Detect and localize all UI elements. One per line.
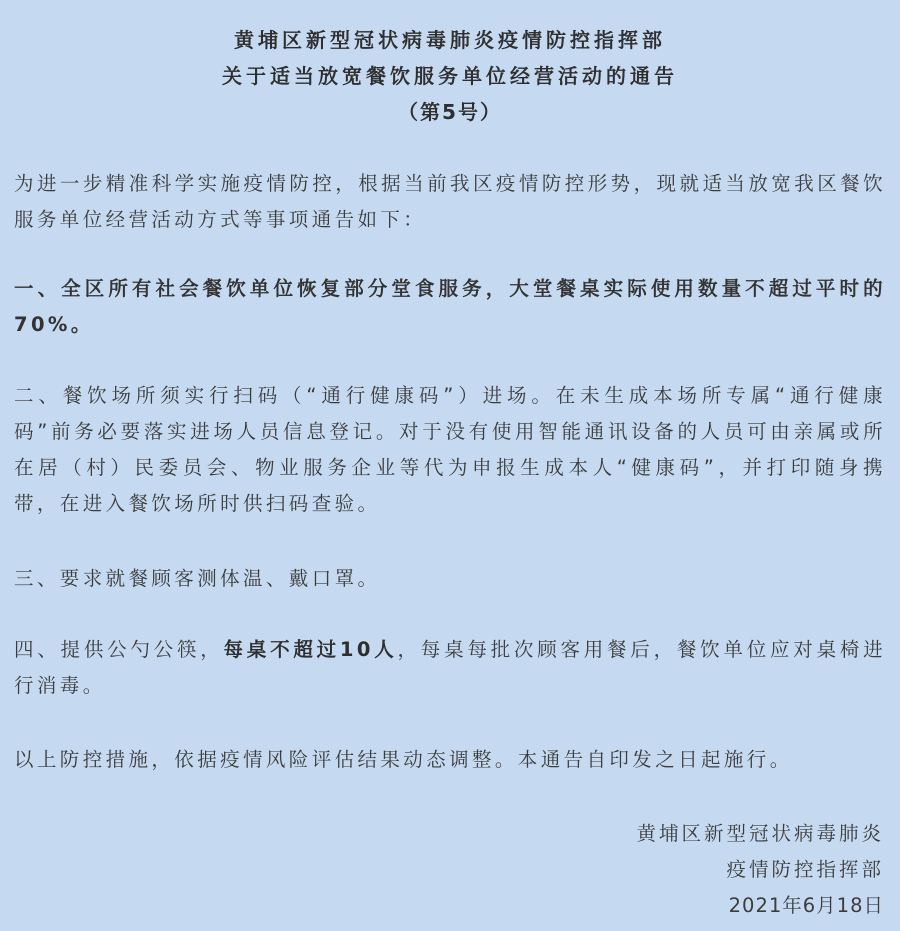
notice-title-line1: 黄埔区新型冠状病毒肺炎疫情防控指挥部 [0,24,900,53]
signature-org-line2: 疫情防控指挥部 [726,854,884,882]
closing-paragraph: 以上防控措施，依据疫情风险评估结果动态调整。本通告自印发之日起施行。 [14,742,886,778]
item-4-paragraph: 四、提供公勺公筷，每桌不超过10人，每桌每批次顾客用餐后，餐饮单位应对桌椅进行消… [14,632,886,704]
item-4-emphasis: 每桌不超过10人 [224,638,398,661]
item-3-paragraph: 三、要求就餐顾客测体温、戴口罩。 [14,561,886,597]
signature-date: 2021年6月18日 [729,890,884,918]
item-4-prefix: 四、提供公勺公筷， [14,638,224,661]
notice-title-line2: 关于适当放宽餐饮服务单位经营活动的通告 [0,60,900,89]
notice-issue-number: （第5号） [0,96,900,125]
item-1-paragraph: 一、全区所有社会餐饮单位恢复部分堂食服务，大堂餐桌实际使用数量不超过平时的70%… [14,271,886,343]
signature-org-line1: 黄埔区新型冠状病毒肺炎 [636,818,884,846]
intro-paragraph: 为进一步精准科学实施疫情防控，根据当前我区疫情防控形势，现就适当放宽我区餐饮服务… [14,166,886,238]
item-2-paragraph: 二、餐饮场所须实行扫码（“通行健康码”）进场。在未生成本场所专属“通行健康码”前… [14,378,886,522]
